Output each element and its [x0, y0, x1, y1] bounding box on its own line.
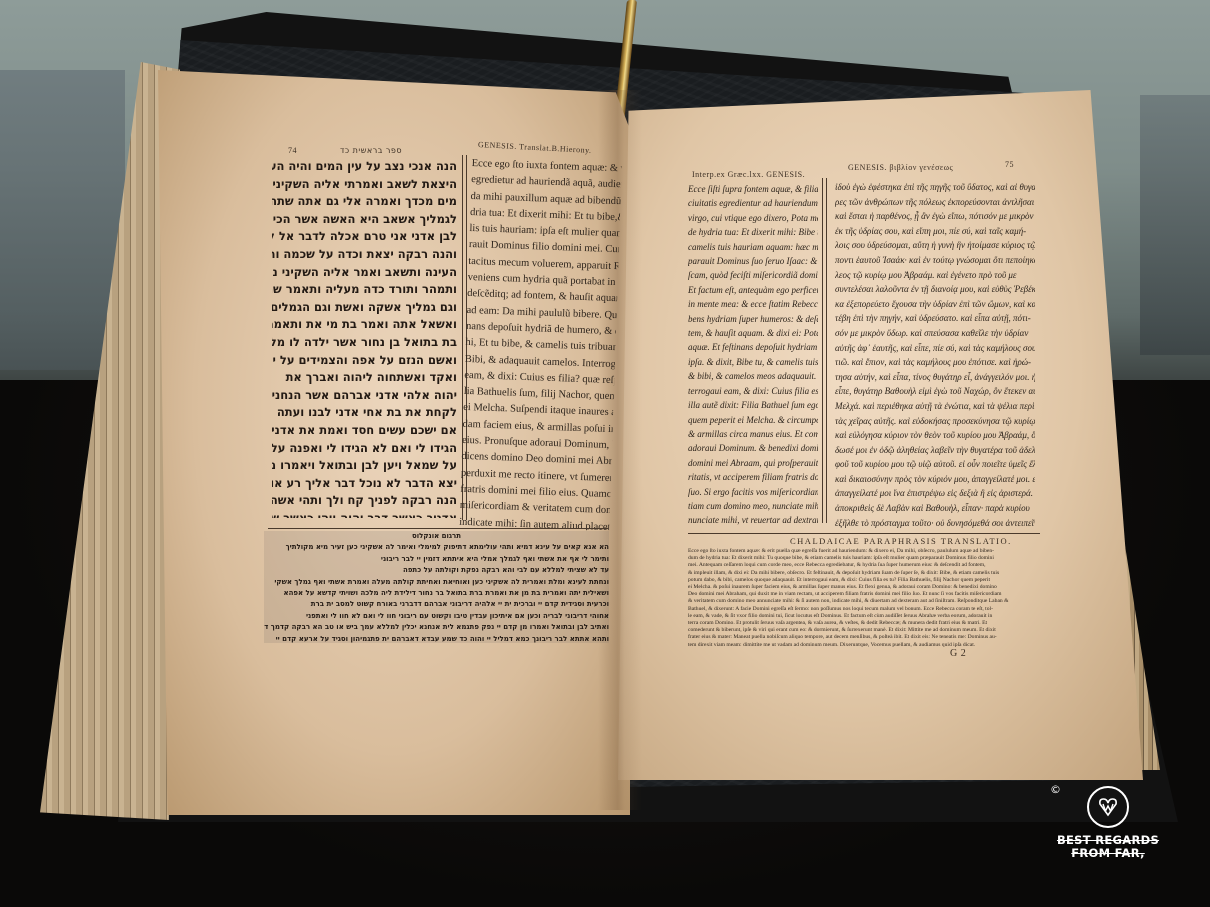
- text-line: ſcam, quòd feciſti miſericordiã domino m…: [688, 268, 818, 282]
- watermark-line-2: FROM FAR,: [1056, 847, 1160, 860]
- text-line: לגמליך אשאב היא האשה אשר הכיח יהוה: [272, 211, 457, 229]
- text-line: τέβη ἐπὶ τὴν πηγήν, καὶ ὑδρεύσατο. καὶ ε…: [835, 311, 1035, 326]
- targum-title: תרגום אונקלוס: [264, 531, 609, 542]
- text-line: וגם גמליך אשקה ואשת וגם הגמלים השקתה: [272, 299, 457, 317]
- text-line: אם ישכם עשים חסד ואמת את אדני: [272, 422, 457, 440]
- targum-lines: הא אנא קאים על עינא דמיא ותהי עולימתא דת…: [264, 542, 609, 643]
- text-line: adoraui Dominum. & benedixi dominum Deum: [688, 441, 818, 455]
- text-line: ותימר לי אף את אשתי ואף לגמלך אמלי היא א…: [264, 554, 609, 565]
- text-line: λοις σου ὑδρεύσομαι, αὕτη ἡ γυνὴ ἣν ἡτοί…: [835, 238, 1035, 253]
- text-line: potum dabo, & bibi, camelos quoque adaqu…: [688, 577, 1043, 584]
- text-line: τὰς χεῖρας αὐτῆς. καὶ εὐδοκήσας προσεκύν…: [835, 414, 1035, 429]
- column-divider: [826, 178, 827, 523]
- text-line: & impleuit illam, & dixi ei: Da mihi bib…: [688, 570, 1043, 577]
- text-line: ותהא אתתא לבר ריבונך כמא דמליל יי והוה כ…: [264, 634, 609, 643]
- hebrew-text-column: הנה אנכי נצב על עין המים והיה העלמההיצאת…: [272, 158, 457, 518]
- text-line: יהוה אלהי אדני אברהם אשר הנחני בדרך אמת: [272, 387, 457, 405]
- right-latin-running-head: Interp.ex Græc.lxx. GENESIS.: [692, 170, 805, 179]
- text-line: mei. Antequam ceſſarem loqui cum corde m…: [688, 562, 1043, 569]
- text-line: ρες τῶν ἀνθρώπων τῆς πόλεως ἐκπορεύσοντα…: [835, 195, 1035, 210]
- greek-lxx-column: ἰδοὺ ἐγὼ ἐφέστηκα ἐπὶ τῆς πηγῆς τοῦ ὕδατ…: [835, 180, 1035, 530]
- chaldaic-rule: [688, 533, 1040, 534]
- text-line: הא אנא קאים על עינא דמיא ותהי עולימתא דת…: [264, 542, 609, 553]
- latin-italic-lines: Ecce ſiſti ſupra fontem aquæ, & filiæ ho…: [688, 182, 818, 527]
- text-line: היצאת לשאב ואמרתי אליה השקיני נא מעט: [272, 176, 457, 194]
- text-line: & armillas circa manus eius. Et complace…: [688, 427, 818, 441]
- text-line: Μελχά. καὶ περιέθηκα αὐτῇ τὰ ἐνώτια, καὶ…: [835, 399, 1035, 414]
- hebrew-running-head: ספר בראשית כד: [340, 146, 402, 155]
- text-line: συντελέσαι λαλοῦντα ἐν τῇ διανοίᾳ μου, κ…: [835, 282, 1035, 297]
- text-line: tem, & hauſit aquam. & dixi ei: Pota me …: [688, 326, 818, 340]
- text-line: αὐτῆς ἀφ᾽ ἑαυτῆς, καὶ εἶπε, πίε σύ, καὶ …: [835, 341, 1035, 356]
- text-line: ciuitatis egredientur ad hauriendum aqua…: [688, 196, 818, 210]
- text-line: ותמהר ותורד כדה מעליה ותאמר שתה: [272, 281, 457, 299]
- text-line: על שמאל ויען לבן ובתואל ויאמרו מיהוה: [272, 457, 457, 475]
- chaldaic-translation-block: Ecce ego ſto iuxta fontem aquæ: & erit p…: [688, 548, 1043, 648]
- text-line: Bathuel, & dixerunt: A facie Domini egre…: [688, 606, 1043, 613]
- text-line: אדניך כאשר דבר יהוה ויהי כאשר שמע עבד: [272, 510, 457, 518]
- text-line: domini mei Abraam, qui proſperauit me in…: [688, 456, 818, 470]
- text-line: parauit Dominus ſuo ſeruo Iſaac: & in ho…: [688, 254, 818, 268]
- text-line: bens hydriam ſuper humeros: & deſcendit …: [688, 312, 818, 326]
- text-line: בת בתואל בן נחור אשר ילדה לו מלכה: [272, 334, 457, 352]
- text-line: ואתיב לבן ובתואל ואמרו מן קדם יי נפק פתג…: [264, 622, 609, 633]
- text-line: העינה ותשאב ואמר אליה השקיני נא: [272, 264, 457, 282]
- text-line: Ecce ſiſti ſupra fontem aquæ, & filiæ ho…: [688, 182, 818, 196]
- text-line: σόν με μικρὸν ὕδωρ. καὶ σπεύσασα καθεῖλε…: [835, 326, 1035, 341]
- text-line: τησα αὐτήν, καὶ εἶπα, τίνος θυγάτηρ εἶ, …: [835, 370, 1035, 385]
- latin-lxx-translation-column: Ecce ſiſti ſupra fontem aquæ, & filiæ ho…: [688, 182, 818, 527]
- text-line: ἰδοὺ ἐγὼ ἐφέστηκα ἐπὶ τῆς πηγῆς τοῦ ὕδατ…: [835, 180, 1035, 195]
- text-line: tiam cum domino meo, nunciate mihi. ſi a…: [688, 499, 818, 513]
- text-line: καὶ δικαιοσύνην πρὸς τὸν κύριόν μου, ἀπα…: [835, 472, 1035, 487]
- text-line: לקחת את בת אחי אדני לבנו ועתה: [272, 404, 457, 422]
- text-line: εἶπε, θυγάτηρ Βαθουὴλ εἰμὶ ἐγὼ τοῦ Ναχώρ…: [835, 384, 1035, 399]
- text-line: quem peperit ei Melcha. & circumpoſui ei…: [688, 413, 818, 427]
- latin-vulgate-column: Ecce ego ſto iuxta fontem aquæ: & virgo …: [459, 156, 622, 531]
- text-line: ואקד ואשתחוה ליהוה ואברך את: [272, 369, 457, 387]
- text-line: ἀπαγγείλατέ μοι ἵνα ἐπιστρέψω εἰς δεξιὰ …: [835, 486, 1035, 501]
- text-line: in mente mea: & ecce ſtatim Rebecca egre…: [688, 297, 818, 311]
- text-line: ἐκ τῆς ὑδρίας σου, καὶ εἴπη μοι, πίε σύ,…: [835, 224, 1035, 239]
- text-line: καὶ εὐλόγησα κύριον τὸν θεὸν τοῦ κυρίου …: [835, 428, 1035, 443]
- targum-rule: [268, 528, 608, 529]
- text-line: tem direxit viam meam: dimittite me ut v…: [688, 642, 1043, 648]
- text-line: τιῶ. καὶ ἔπιον, καὶ τὰς καμήλους μου ἐπό…: [835, 355, 1035, 370]
- text-line: & bibi, & camelos meos adaquauit. Et in-: [688, 369, 818, 383]
- text-line: ἀποκριθεὶς δὲ Λαβὰν καὶ Βαθουὴλ, εἶπαν· …: [835, 501, 1035, 516]
- text-line: ſuo. Si ergo facitis vos miſericordiam &…: [688, 485, 818, 499]
- wall-shadow-right: [1140, 95, 1210, 355]
- text-line: מים מכדך ואמרה אלי גם אתה שתה וגם: [272, 193, 457, 211]
- text-line: καὶ ἔσται ἡ παρθένος, ᾗ ἂν ἐγὼ εἴπω, πότ…: [835, 209, 1035, 224]
- text-line: ritatis, vt acciperem filiam fratris dom…: [688, 470, 818, 484]
- signature-mark: G 2: [950, 648, 966, 659]
- text-line: & veritatem cum domino meo annunciate mi…: [688, 598, 1043, 605]
- text-line: δωσέ μοι ἐν ὁδῷ ἀληθείας λαβεῖν τὴν θυγα…: [835, 443, 1035, 458]
- text-line: ἐξῆλθε τὸ πρόσταγμα τοῦτο· οὐ δυνησόμεθά…: [835, 516, 1035, 530]
- text-line: ושאילית יתה ואמרית בת מן את ואמרת ברת בת…: [264, 588, 609, 599]
- column-divider: [822, 178, 823, 523]
- text-line: Et factum eſt, antequàm ego perficerem l…: [688, 283, 818, 297]
- text-line: nunciate mihi, vt reuertar ad dextram ve…: [688, 513, 818, 527]
- text-line: ונחתת לעינא ומלת ואמרית לה אשקיני כען וא…: [264, 577, 609, 588]
- text-line: ποντι ἑαυτοῦ Ἰσαάκ· καὶ ἐν τούτῳ γνώσομα…: [835, 253, 1035, 268]
- text-line: aquæ. Et feſtinans depoſuit hydriam ſuam…: [688, 340, 818, 354]
- text-line: הנה אנכי נצב על עין המים והיה העלמה: [272, 158, 457, 176]
- text-line: de hydria tua: Et dixerit mihi: Bibe tu:…: [688, 225, 818, 239]
- text-line: הגידו לי ואם לא הגידו לי ואפנה על ימין א…: [272, 440, 457, 458]
- right-page-number: 75: [1005, 160, 1014, 169]
- latin-lines: Ecce ego ſto iuxta fontem aquæ: & virgo …: [459, 156, 622, 531]
- text-line: וכרעית וסגידית קדם יי וברכית ית יי אלהיה…: [264, 599, 609, 610]
- text-line: κα ἐξεπορεύετο ἔχουσα τὴν ὑδρίαν ἐπὶ τῶν…: [835, 297, 1035, 312]
- text-line: עד לא שציתי למללא עם לבי והא רבקה נפקת ו…: [264, 565, 609, 576]
- text-line: ואשאל אתה ואמר בת מי את ותאמר: [272, 316, 457, 334]
- text-line: λεος τῷ κυρίῳ μου Ἀβραάμ. καὶ ἐγένετο πρ…: [835, 268, 1035, 283]
- text-line: le eam, & vade, & ſit vxor filio domini …: [688, 613, 1043, 620]
- greek-lines: ἰδοὺ ἐγὼ ἐφέστηκα ἐπὶ τῆς πηγῆς τοῦ ὕδατ…: [835, 180, 1035, 530]
- text-line: camelis tuis hauriam aquam: hæc mulier q…: [688, 240, 818, 254]
- text-line: אחוהי דריבוני לבריה וכען אם איתיכון עבדי…: [264, 611, 609, 622]
- text-line: illa autẽ dixit: Filia Bathuel ſum ego, …: [688, 398, 818, 412]
- text-line: ipſa. & dixit, Bibe tu, & camelis tuis p…: [688, 355, 818, 369]
- chaldaic-title: CHALDAICAE PARAPHRASIS TRANSLATIO.: [790, 536, 1012, 546]
- brand-watermark: BEST REGARDS FROM FAR,: [1056, 786, 1160, 860]
- text-line: terrogaui eam, & dixi: Cuius filia es? n…: [688, 384, 818, 398]
- text-line: ואשם הנזם על אפה והצמידים על ידיה: [272, 352, 457, 370]
- text-line: לבן אדני אני טרם אכלה לדבר אל לבי: [272, 228, 457, 246]
- text-line: frater eius & mater: Maneat puella nobiſ…: [688, 634, 1043, 641]
- text-line: הנה רבקה לפניך קח ולך ותהי אשה לבן: [272, 492, 457, 510]
- hebrew-lines: הנה אנכי נצב על עין המים והיה העלמההיצאת…: [272, 158, 457, 518]
- text-line: יצא הדבר לא נוכל דבר אליך רע או טוב: [272, 475, 457, 493]
- greek-running-head: GENESIS. βιβλίον γενέσεως: [848, 163, 953, 172]
- left-page-number: 74: [288, 146, 297, 155]
- chaldaic-lines: Ecce ego ſto iuxta fontem aquæ: & erit p…: [688, 548, 1043, 648]
- text-line: והנה רבקה יצאת וכדה על שכמה ותרד: [272, 246, 457, 264]
- heart-w-logo-icon: [1087, 786, 1129, 828]
- text-line: φοῦ τοῦ κυρίου μου τῷ υἱῷ αὐτοῦ. εἰ οὖν …: [835, 457, 1035, 472]
- targum-onkelos-block: תרגום אונקלוס הא אנא קאים על עינא דמיא ו…: [264, 531, 609, 643]
- text-line: virgo, cui vtique ego dixero, Pota me pa…: [688, 211, 818, 225]
